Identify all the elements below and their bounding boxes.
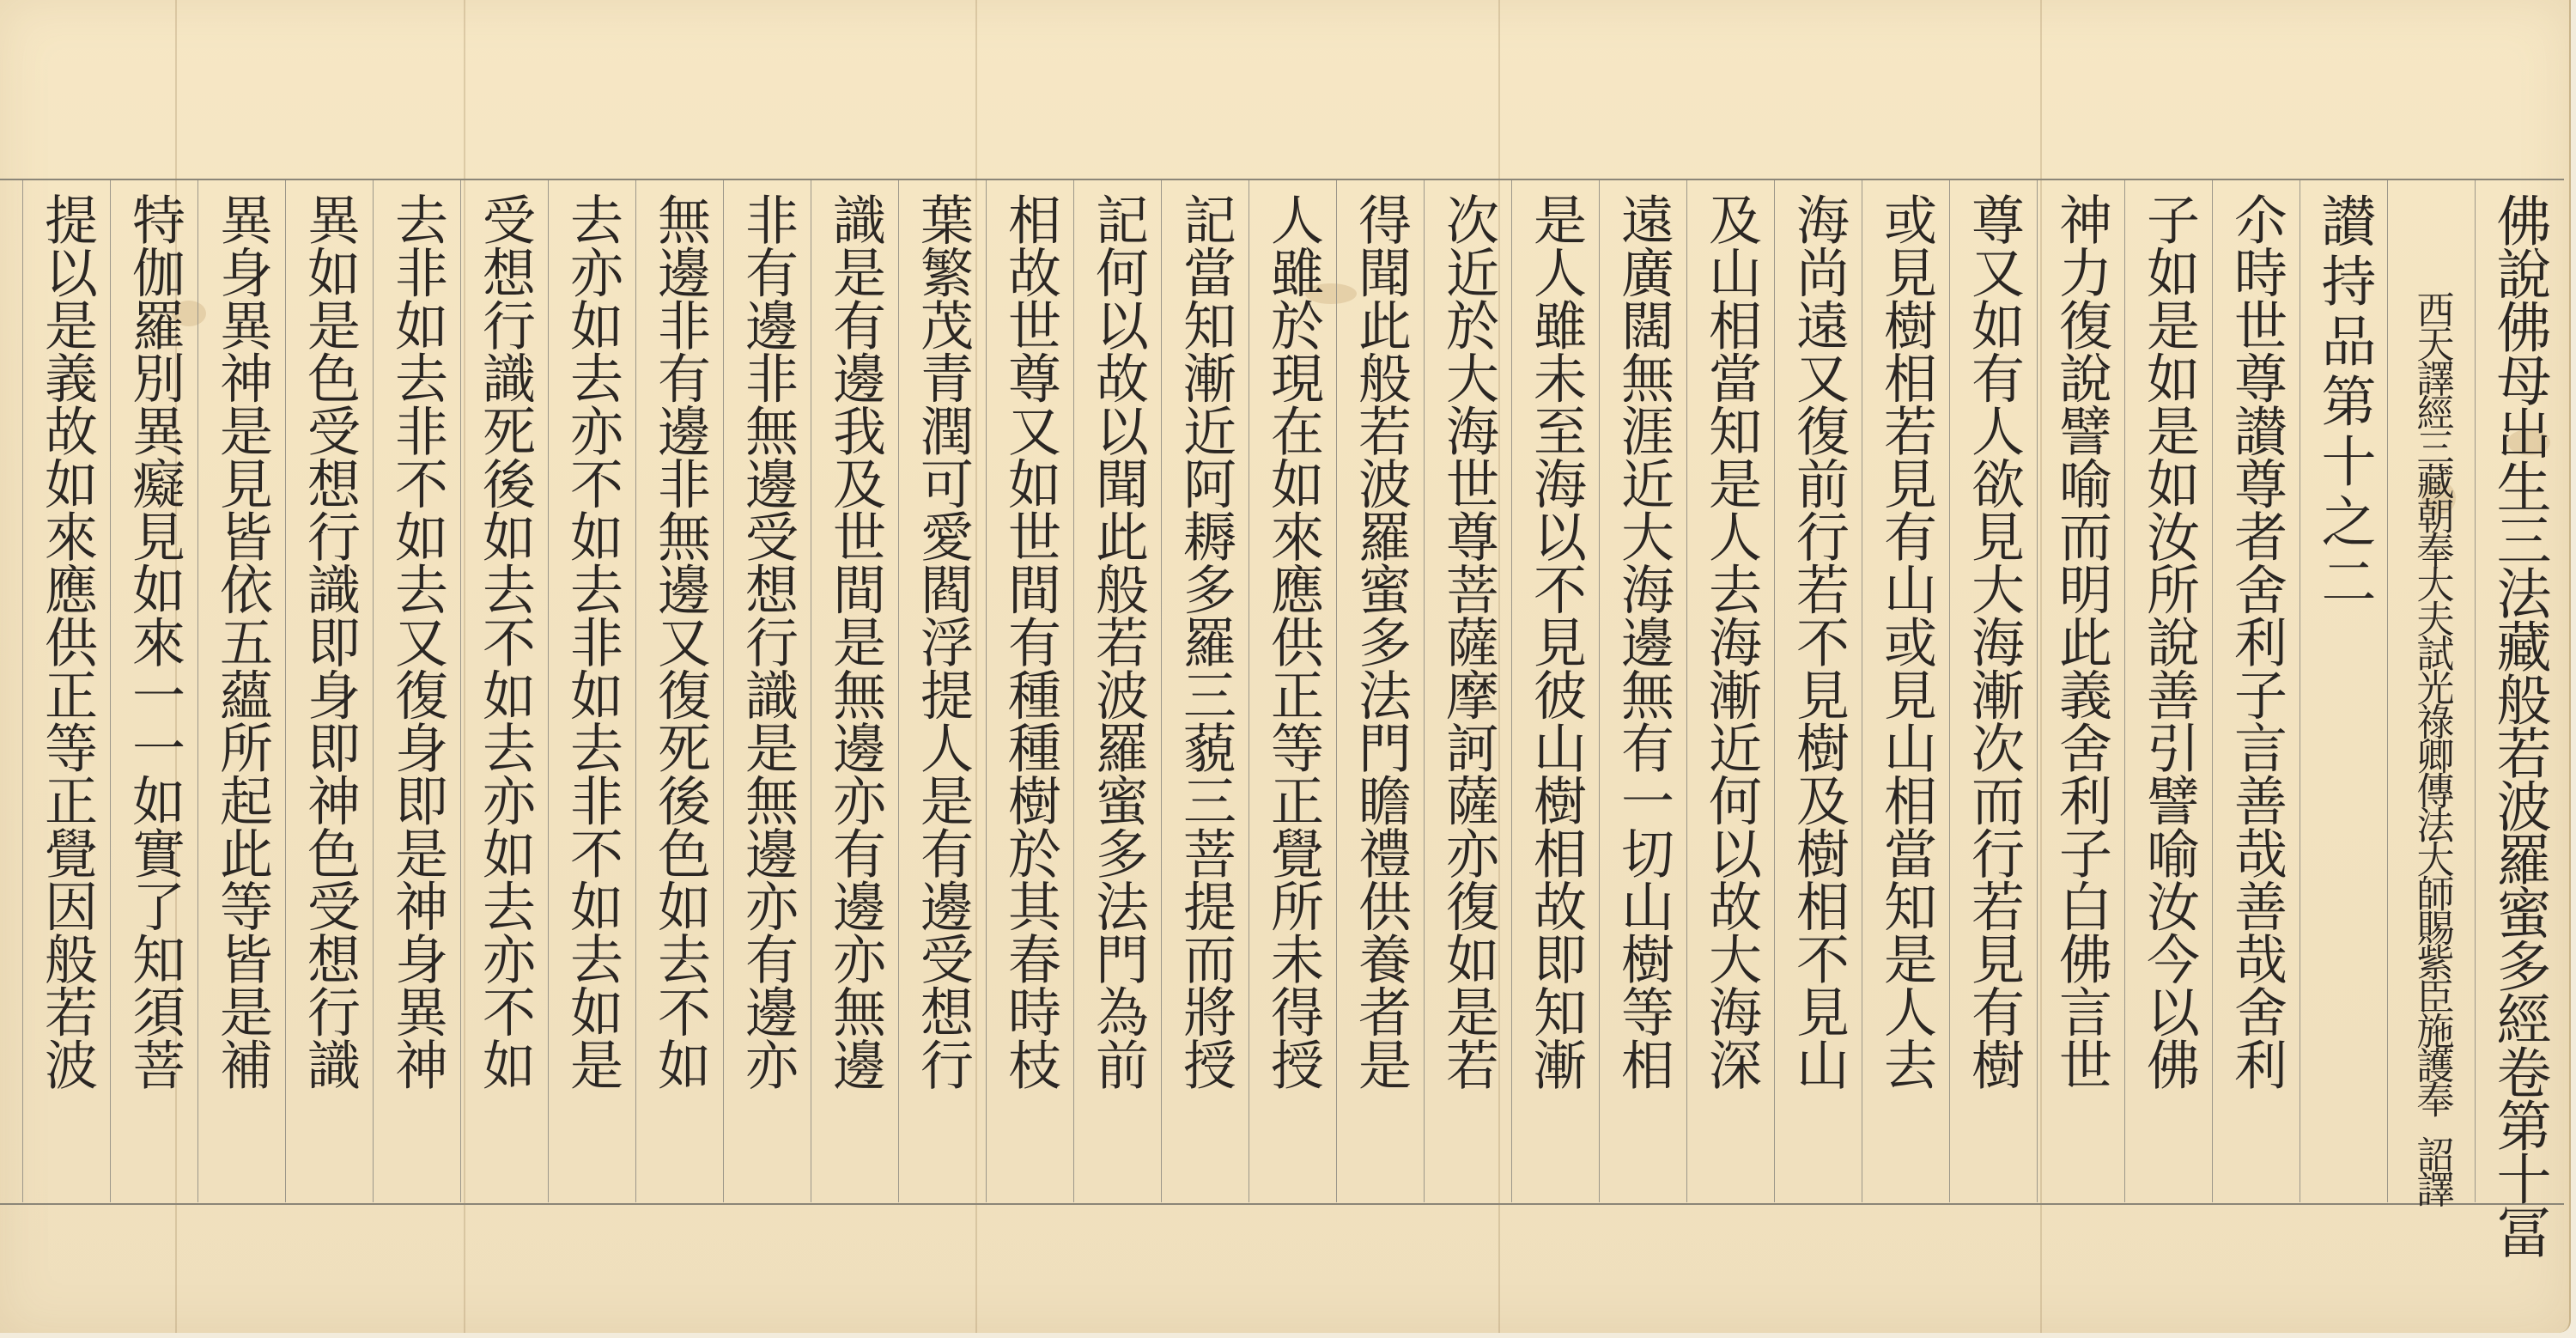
- title-mark: 冨: [2488, 1204, 2551, 1257]
- column-text: 及山相當知是人去海漸近何以故大海深: [1688, 180, 1774, 1202]
- text-column: 記當知漸近阿耨多羅三藐三菩提而將授: [1161, 180, 1249, 1202]
- column-text: 尊又如有人欲見大海漸次而行若見有樹: [1951, 180, 2037, 1202]
- text-column: 遠廣闊無涯近大海邊無有一切山樹等相: [1599, 180, 1686, 1202]
- text-column: 非有邊非無邊受想行識是無邊亦有邊亦: [723, 180, 811, 1202]
- text-column: 次近於大海世尊菩薩摩訶薩亦復如是若: [1424, 180, 1511, 1202]
- chapter-heading-column: 讃持品第十之二: [2300, 180, 2387, 1202]
- text-column: 特伽羅別異癡見如來一一如實了知須菩: [110, 180, 197, 1202]
- text-column: 相故世尊又如世間有種種樹於其春時枝: [986, 180, 1073, 1202]
- text-column: 異身異神是見皆依五蘊所起此等皆是補: [197, 180, 285, 1202]
- text-column: 是人雖未至海以不見彼山樹相故即知漸: [1511, 180, 1599, 1202]
- column-text: 受想行識死後如去不如去亦如去亦不如: [462, 180, 548, 1202]
- column-text: 去非如去非不如去又復身即是神身異神: [374, 180, 460, 1202]
- text-column: 或見樹相若見有山或見山相當知是人去: [1862, 180, 1949, 1202]
- column-text: 得聞此般若波羅蜜多法門瞻禮供養者是: [1338, 180, 1424, 1202]
- column-text: 神力復說譬喻而明此義舍利子白佛言世: [2038, 180, 2124, 1202]
- column-text: 相故世尊又如世間有種種樹於其春時枝: [987, 180, 1073, 1202]
- column-text: 葉繁茂青潤可愛閻浮提人是有邊受想行: [900, 180, 986, 1202]
- text-column: 人雖於現在如來應供正等正覺所未得授: [1249, 180, 1336, 1202]
- column-text: 記何以故以聞此般若波羅蜜多法門為前: [1075, 180, 1161, 1202]
- translator-credit: 西天譯經三藏朝奉大夫試光祿卿傳法大師賜紫臣施護奉: [2410, 290, 2454, 1115]
- text-column: 異如是色受想行識即身即神色受想行識: [285, 180, 373, 1202]
- column-text: 是人雖未至海以不見彼山樹相故即知漸: [1513, 180, 1599, 1202]
- text-column: 尊又如有人欲見大海漸次而行若見有樹: [1949, 180, 2037, 1202]
- translator-edict: 詔譯: [2410, 1135, 2454, 1204]
- column-text: 海尚遠又復前行若不見樹及樹相不見山: [1776, 180, 1862, 1202]
- sutra-title: 佛說佛母出生三法藏般若波羅蜜多經卷第十: [2488, 192, 2551, 1204]
- column-text: 無邊非有邊非無邊又復死後色如去不如: [637, 180, 723, 1202]
- column-text: 去亦如去亦不如去非如去非不如去如是: [550, 180, 635, 1202]
- column-text: 提以是義故如來應供正等正覺因般若波: [24, 180, 110, 1202]
- text-column: 海尚遠又復前行若不見樹及樹相不見山: [1774, 180, 1862, 1202]
- text-column: 去非如去非不如去又復身即是神身異神: [373, 180, 460, 1202]
- text-column: 受想行識死後如去不如去亦如去亦不如: [460, 180, 548, 1202]
- column-text: 次近於大海世尊菩薩摩訶薩亦復如是若: [1425, 180, 1511, 1202]
- text-column: 及山相當知是人去海漸近何以故大海深: [1686, 180, 1774, 1202]
- column-text: 異如是色受想行識即身即神色受想行識: [287, 180, 373, 1202]
- column-text: 或見樹相若見有山或見山相當知是人去: [1863, 180, 1949, 1202]
- chapter-heading: 讃持品第十之二: [2301, 180, 2387, 1202]
- sutra-scroll: 佛說佛母出生三法藏般若波羅蜜多經卷第十冨 西天譯經三藏朝奉大夫試光祿卿傳法大師賜…: [0, 0, 2571, 1333]
- text-column: 尒時世尊讃尊者舍利子言善哉善哉舍利: [2212, 180, 2300, 1202]
- translator-column: 西天譯經三藏朝奉大夫試光祿卿傳法大師賜紫臣施護奉詔譯: [2387, 180, 2475, 1202]
- column-text: 子如是如是如汝所說善引譬喻汝今以佛: [2126, 180, 2212, 1202]
- text-column: 得聞此般若波羅蜜多法門瞻禮供養者是: [1336, 180, 1424, 1202]
- text-column: 去亦如去亦不如去非如去非不如去如是: [548, 180, 635, 1202]
- text-column: 識是有邊我及世間是無邊亦有邊亦無邊: [811, 180, 898, 1202]
- column-text: 識是有邊我及世間是無邊亦有邊亦無邊: [812, 180, 898, 1202]
- text-column: 記何以故以聞此般若波羅蜜多法門為前: [1073, 180, 1161, 1202]
- text-column: 子如是如是如汝所說善引譬喻汝今以佛: [2124, 180, 2212, 1202]
- column-text: 記當知漸近阿耨多羅三藐三菩提而將授: [1163, 180, 1249, 1202]
- column-text: 非有邊非無邊受想行識是無邊亦有邊亦: [725, 180, 811, 1202]
- column-text: 特伽羅別異癡見如來一一如實了知須菩: [112, 180, 197, 1202]
- text-column: 提以是義故如來應供正等正覺因般若波: [22, 180, 110, 1202]
- sutra-title-column: 佛說佛母出生三法藏般若波羅蜜多經卷第十冨: [2475, 180, 2562, 1202]
- column-text: 異身異神是見皆依五蘊所起此等皆是補: [199, 180, 285, 1202]
- column-text: 人雖於現在如來應供正等正覺所未得授: [1250, 180, 1336, 1202]
- column-text: 尒時世尊讃尊者舍利子言善哉善哉舍利: [2214, 180, 2300, 1202]
- text-columns: 佛說佛母出生三法藏般若波羅蜜多經卷第十冨 西天譯經三藏朝奉大夫試光祿卿傳法大師賜…: [0, 180, 2562, 1202]
- text-column: 無邊非有邊非無邊又復死後色如去不如: [635, 180, 723, 1202]
- column-text: 遠廣闊無涯近大海邊無有一切山樹等相: [1601, 180, 1686, 1202]
- bottom-rule-line: [0, 1203, 2564, 1205]
- text-column: 葉繁茂青潤可愛閻浮提人是有邊受想行: [898, 180, 986, 1202]
- text-column: 神力復說譬喻而明此義舍利子白佛言世: [2037, 180, 2124, 1202]
